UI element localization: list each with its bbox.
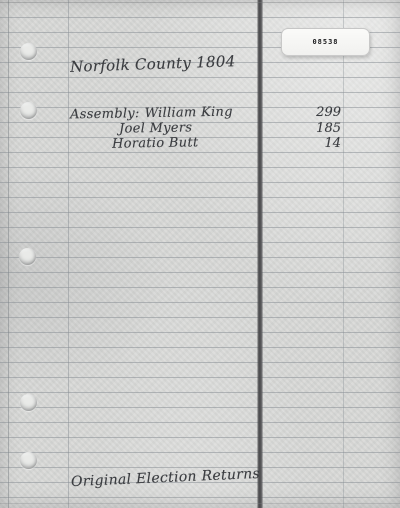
assembly-label: Assembly:	[70, 106, 140, 122]
left-column-rule	[68, 0, 69, 508]
right-column-rule	[343, 0, 344, 508]
footer-note: Original Election Returns	[71, 466, 261, 490]
page-bottom-edge	[0, 503, 400, 504]
scanned-ledger-page: 08538 Norfolk County 1804 Assembly:Willi…	[0, 0, 400, 508]
sticker-number: 08538	[312, 38, 338, 46]
ruled-lines	[0, 17, 400, 498]
binder-hole	[20, 102, 37, 119]
binder-hole	[20, 43, 37, 60]
binder-hole	[20, 394, 37, 411]
vote-count: 299	[300, 105, 341, 120]
binder-hole	[20, 452, 37, 469]
catalog-sticker: 08538	[281, 28, 370, 56]
candidate-name: William King	[145, 105, 233, 122]
left-paper-edge-line	[8, 0, 9, 508]
binder-hole	[19, 248, 36, 265]
candidate-name: Horatio Butt	[112, 135, 199, 152]
assembly-row: Assembly:William King	[70, 105, 233, 123]
candidate-name: Joel Myers	[119, 120, 193, 136]
vote-count: 185	[300, 121, 341, 136]
page-title: Norfolk County 1804	[70, 52, 236, 76]
center-fold-line	[257, 0, 263, 508]
vote-count: 14	[300, 136, 341, 151]
page-top-edge	[0, 2, 400, 3]
